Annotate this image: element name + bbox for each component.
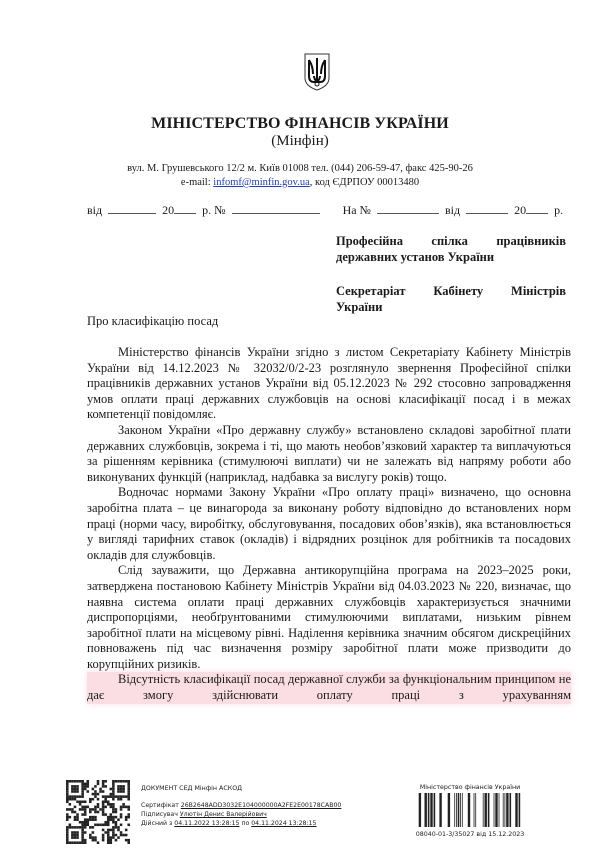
reference-line: від 20 р. № На № від 20 р. <box>87 203 567 218</box>
address-line: вул. М. Грушевського 12/2 м. Київ 01008 … <box>0 163 600 174</box>
barcode-icon <box>415 793 525 827</box>
number-label: р. № <box>202 203 225 217</box>
reply-from-label: від <box>445 203 460 217</box>
certificate-label: Сертифікат <box>141 802 181 809</box>
valid-from-label: Дійсний з <box>141 820 174 827</box>
trident-coat-of-arms-icon <box>303 52 331 92</box>
valid-to-label: по <box>239 820 251 827</box>
paragraph: Слід зауважити, що Державна антикорупцій… <box>87 563 571 672</box>
reply-year-suffix: р. <box>554 203 563 217</box>
document-system-title: ДОКУМЕНТ СЕД Мінфін АСКОД <box>141 785 242 792</box>
from-label: від <box>87 203 102 217</box>
valid-from: 04.11.2022 13:28:15 <box>174 820 239 827</box>
letter-body: Міністерство фінансів України згідно з л… <box>87 345 571 704</box>
email-label: e-mail: <box>181 177 213 188</box>
number-blank <box>232 203 320 214</box>
recipient-trade-union: Професійна спілка працівників державних … <box>336 233 566 265</box>
paragraph: Водночас нормами Закону України «Про опл… <box>87 485 571 563</box>
year-blank <box>174 203 196 214</box>
date-blank <box>108 203 156 214</box>
registration-stamp: Міністерство фінансів України 08040-01-3… <box>400 784 540 838</box>
valid-to: 04.11.2024 13:28:15 <box>251 820 316 827</box>
validity-line: Дійсний з 04.11.2022 13:28:15 по 04.11.2… <box>141 820 316 827</box>
paragraph: Міністерство фінансів України згідно з л… <box>87 345 571 423</box>
certificate-line: Сертифікат 26B2648ADD3032E104000000A2FE2… <box>141 802 341 809</box>
email-link[interactable]: infomf@minfin.gov.ua <box>213 177 309 188</box>
ministry-name: МІНІСТЕРСТВО ФІНАНСІВ УКРАЇНИ <box>0 115 600 133</box>
certificate-value: 26B2648ADD3032E104000000A2FE2E00178CAB00 <box>181 802 342 809</box>
edrpou-code: , код ЄДРПОУ 00013480 <box>310 177 419 188</box>
reply-year-blank <box>526 203 548 214</box>
reply-number-blank <box>377 203 439 214</box>
reply-label: На № <box>343 203 371 217</box>
reply-date-blank <box>466 203 508 214</box>
signer-label: Підписувач <box>141 811 180 818</box>
qr-code-icon <box>66 780 130 844</box>
registration-number: 08040-01-3/35027 від 15.12.2023 <box>400 831 540 838</box>
ministry-short-name: (Мінфін) <box>0 133 600 150</box>
highlighted-paragraph: Відсутність класифікації посад державної… <box>87 672 571 703</box>
registration-org: Міністерство фінансів України <box>400 784 540 791</box>
year-prefix: 20 <box>162 203 174 217</box>
contact-line: e-mail: infomf@minfin.gov.ua, код ЄДРПОУ… <box>0 177 600 188</box>
signer-name: Улютін Денис Валерійович <box>180 811 267 818</box>
recipient-cabinet-secretariat: Секретаріат Кабінету Міністрів України <box>336 283 566 315</box>
signer-line: Підписувач Улютін Денис Валерійович <box>141 811 267 818</box>
letter-subject: Про класифікацію посад <box>87 314 218 329</box>
paragraph: Законом України «Про державну службу» вс… <box>87 423 571 485</box>
reply-year-prefix: 20 <box>514 203 526 217</box>
